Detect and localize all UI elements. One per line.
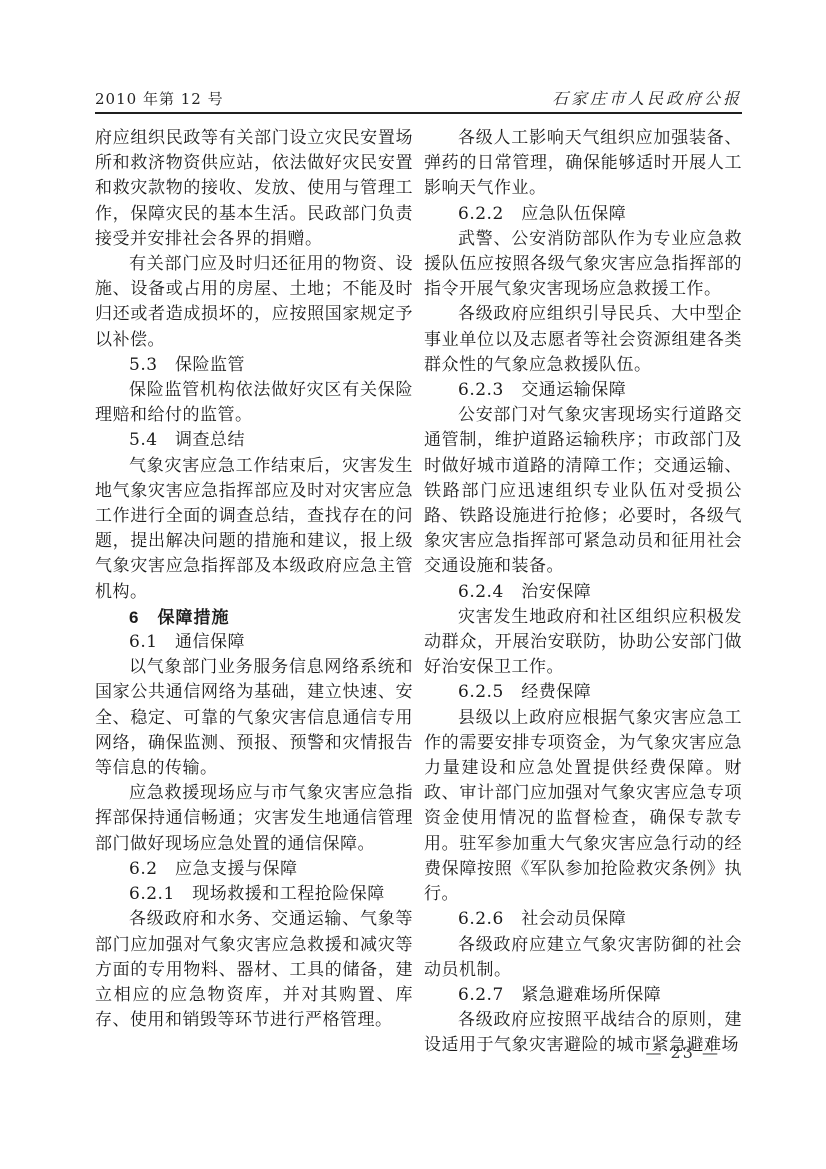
- paragraph: 公安部门对气象灾害现场实行道路交通管制，维护道路运输秩序；市政部门及时做好城市道…: [424, 403, 742, 579]
- paragraph: 应急救援现场应与市气象灾害应急指挥部保持通信畅通；灾害发生地通信管理部门做好现场…: [95, 781, 413, 857]
- paragraph: 各级政府应建立气象灾害防御的社会动员机制。: [424, 933, 742, 983]
- section-heading: 6.2.6 社会动员保障: [424, 907, 742, 932]
- section-heading: 6.2 应急支援与保障: [95, 857, 413, 882]
- paragraph: 各级政府应组织引导民兵、大中型企事业单位以及志愿者等社会资源组建各类群众性的气象…: [424, 302, 742, 378]
- section-heading: 6 保障措施: [95, 605, 413, 630]
- paragraph: 武警、公安消防部队作为专业应急救援队伍应按照各级气象灾害应急指挥部的指令开展气象…: [424, 227, 742, 303]
- right-column: 各级人工影响天气组织应加强装备、弹药的日常管理，确保能够适时开展人工影响天气作业…: [424, 126, 742, 1059]
- section-heading: 6.2.1 现场救援和工程抢险保障: [95, 882, 413, 907]
- document-page: { "header": { "issue": "2010 年第 12 号", "…: [0, 0, 826, 1169]
- publication-title: 石家庄市人民政府公报: [552, 86, 742, 109]
- paragraph: 灾害发生地政府和社区组织应积极发动群众，开展治安联防，协助公安部门做好治安保卫工…: [424, 605, 742, 681]
- paragraph: 有关部门应及时归还征用的物资、设施、设备或占用的房屋、土地；不能及时归还或者造成…: [95, 252, 413, 353]
- paragraph: 以气象部门业务服务信息网络系统和国家公共通信网络为基础，建立快速、安全、稳定、可…: [95, 655, 413, 781]
- section-heading: 5.4 调查总结: [95, 428, 413, 453]
- section-heading: 6.2.4 治安保障: [424, 580, 742, 605]
- page-header: 2010 年第 12 号 石家庄市人民政府公报: [95, 86, 742, 109]
- header-rule: [95, 112, 742, 114]
- left-column: 府应组织民政等有关部门设立灾民安置场所和救济物资供应站，依法做好灾民安置和救灾款…: [95, 126, 413, 1059]
- section-heading: 6.2.2 应急队伍保障: [424, 202, 742, 227]
- paragraph: 保险监管机构依法做好灾区有关保险理赔和给付的监管。: [95, 378, 413, 428]
- paragraph: 各级政府和水务、交通运输、气象等部门应加强对气象灾害应急救援和减灾等方面的专用物…: [95, 907, 413, 1033]
- page-number: — 23 —: [95, 1043, 742, 1062]
- section-heading: 6.2.5 经费保障: [424, 680, 742, 705]
- section-heading: 6.1 通信保障: [95, 630, 413, 655]
- issue-number: 2010 年第 12 号: [95, 88, 224, 109]
- paragraph: 县级以上政府应根据气象灾害应急工作的需要安排专项资金，为气象灾害应急力量建设和应…: [424, 706, 742, 908]
- paragraph: 府应组织民政等有关部门设立灾民安置场所和救济物资供应站，依法做好灾民安置和救灾款…: [95, 126, 413, 252]
- section-heading: 6.2.7 紧急避难场所保障: [424, 983, 742, 1008]
- section-heading: 5.3 保险监管: [95, 353, 413, 378]
- document-body: 府应组织民政等有关部门设立灾民安置场所和救济物资供应站，依法做好灾民安置和救灾款…: [95, 126, 742, 1059]
- paragraph: 各级人工影响天气组织应加强装备、弹药的日常管理，确保能够适时开展人工影响天气作业…: [424, 126, 742, 202]
- section-heading: 6.2.3 交通运输保障: [424, 378, 742, 403]
- paragraph: 气象灾害应急工作结束后，灾害发生地气象灾害应急指挥部应及时对灾害应急工作进行全面…: [95, 454, 413, 605]
